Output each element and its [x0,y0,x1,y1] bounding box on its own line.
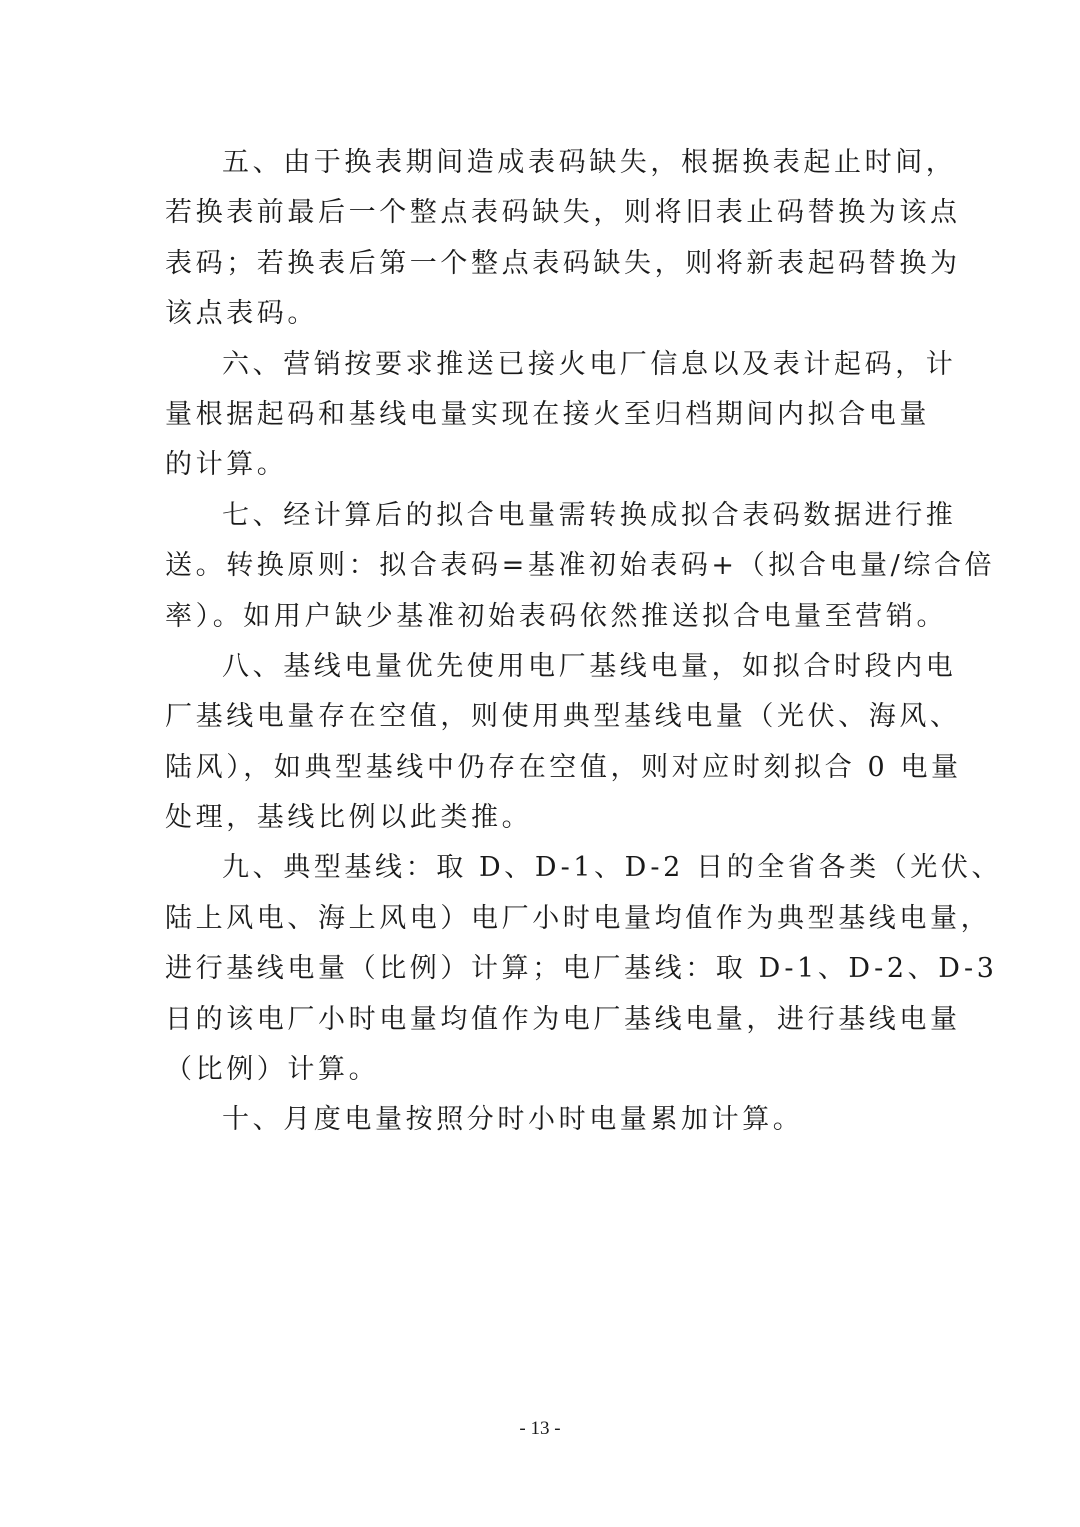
text-line: （比例）计算。 [165,1045,915,1095]
text-line: 厂基线电量存在空值，则使用典型基线电量（光伏、海风、 [165,692,915,742]
document-body: 五、由于换表期间造成表码缺失，根据换表起止时间， 若换表前最后一个整点表码缺失，… [165,138,915,1146]
paragraph-item-6: 六、营销按要求推送已接火电厂信息以及表计起码，计 量根据起码和基线电量实现在接火… [165,340,915,491]
paragraph-item-8: 八、基线电量优先使用电厂基线电量，如拟合时段内电 厂基线电量存在空值，则使用典型… [165,642,915,844]
text-line: 量根据起码和基线电量实现在接火至归档期间内拟合电量 [165,390,915,440]
text-line: 送。转换原则：拟合表码=基准初始表码+（拟合电量/综合倍 [165,541,915,591]
paragraph-item-7: 七、经计算后的拟合电量需转换成拟合表码数据进行推 送。转换原则：拟合表码=基准初… [165,491,915,642]
paragraph-item-9: 九、典型基线：取 D、D-1、D-2 日的全省各类（光伏、 陆上风电、海上风电）… [165,843,915,1095]
page-number: - 13 - [0,1418,1080,1440]
text-line: 该点表码。 [165,289,915,339]
document-page: 五、由于换表期间造成表码缺失，根据换表起止时间， 若换表前最后一个整点表码缺失，… [0,0,1080,1527]
text-line: 十、月度电量按照分时小时电量累加计算。 [165,1095,915,1145]
text-line: 若换表前最后一个整点表码缺失，则将旧表止码替换为该点 [165,188,915,238]
text-line: 五、由于换表期间造成表码缺失，根据换表起止时间， [165,138,915,188]
text-line: 表码；若换表后第一个整点表码缺失，则将新表起码替换为 [165,239,915,289]
text-line: 八、基线电量优先使用电厂基线电量，如拟合时段内电 [165,642,915,692]
text-line: 日的该电厂小时电量均值作为电厂基线电量，进行基线电量 [165,995,915,1045]
text-line: 的计算。 [165,440,915,490]
text-line: 六、营销按要求推送已接火电厂信息以及表计起码，计 [165,340,915,390]
text-line: 率）。如用户缺少基准初始表码依然推送拟合电量至营销。 [165,592,915,642]
text-line: 陆风），如典型基线中仍存在空值，则对应时刻拟合 0 电量 [165,743,915,793]
text-line: 七、经计算后的拟合电量需转换成拟合表码数据进行推 [165,491,915,541]
paragraph-item-5: 五、由于换表期间造成表码缺失，根据换表起止时间， 若换表前最后一个整点表码缺失，… [165,138,915,340]
text-line: 处理，基线比例以此类推。 [165,793,915,843]
text-line: 九、典型基线：取 D、D-1、D-2 日的全省各类（光伏、 [165,843,915,893]
paragraph-item-10: 十、月度电量按照分时小时电量累加计算。 [165,1095,915,1145]
text-line: 陆上风电、海上风电）电厂小时电量均值作为典型基线电量， [165,894,915,944]
text-line: 进行基线电量（比例）计算；电厂基线：取 D-1、D-2、D-3 [165,944,915,994]
